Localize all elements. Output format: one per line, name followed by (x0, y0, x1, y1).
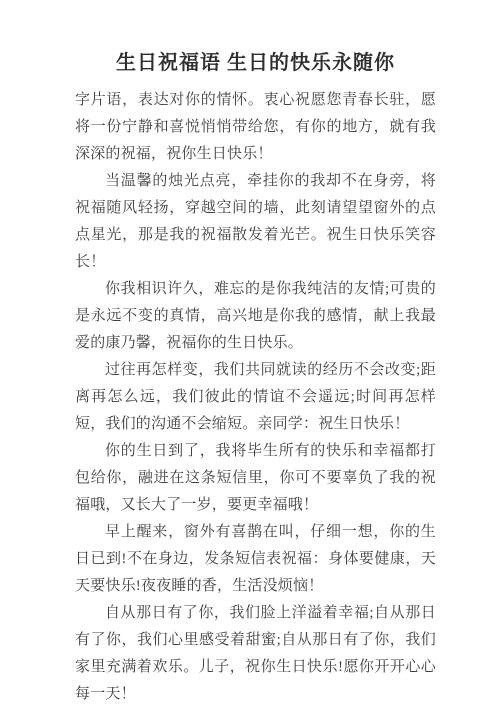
paragraph-5: 你的生日到了，我将毕生所有的快乐和幸福都打包给你，融进在这条短信里，你可不要辜负… (75, 438, 436, 519)
paragraph-4: 过往再怎样变，我们共同就读的经历不会改变;距离再怎么远，我们彼此的情谊不会遥远;… (75, 357, 436, 438)
document-content: 生日祝福语 生日的快乐永随你 字片语，表达对你的情怀。衷心祝愿您青春长驻，愿将一… (0, 0, 500, 708)
document-title: 生日祝福语 生日的快乐永随你 (75, 48, 436, 78)
document-page: 生日祝福语 生日的快乐永随你 字片语，表达对你的情怀。衷心祝愿您青春长驻，愿将一… (0, 0, 500, 708)
paragraph-1: 字片语，表达对你的情怀。衷心祝愿您青春长驻，愿将一份宁静和喜悦悄悄带给您，有你的… (75, 87, 436, 168)
paragraph-6: 早上醒来，窗外有喜鹊在叫，仔细一想，你的生日已到!不在身边，发条短信表祝福：身体… (75, 519, 436, 600)
paragraph-3: 你我相识许久，难忘的是你我纯洁的友情;可贵的是永远不变的真情，高兴地是你我的感情… (75, 276, 436, 357)
paragraph-2: 当温馨的烛光点亮，牵挂你的我却不在身旁，将祝福随风轻扬，穿越空间的墙，此刻请望望… (75, 168, 436, 276)
paragraph-7: 自从那日有了你，我们脸上洋溢着幸福;自从那日有了你，我们心里感受着甜蜜;自从那日… (75, 600, 436, 708)
